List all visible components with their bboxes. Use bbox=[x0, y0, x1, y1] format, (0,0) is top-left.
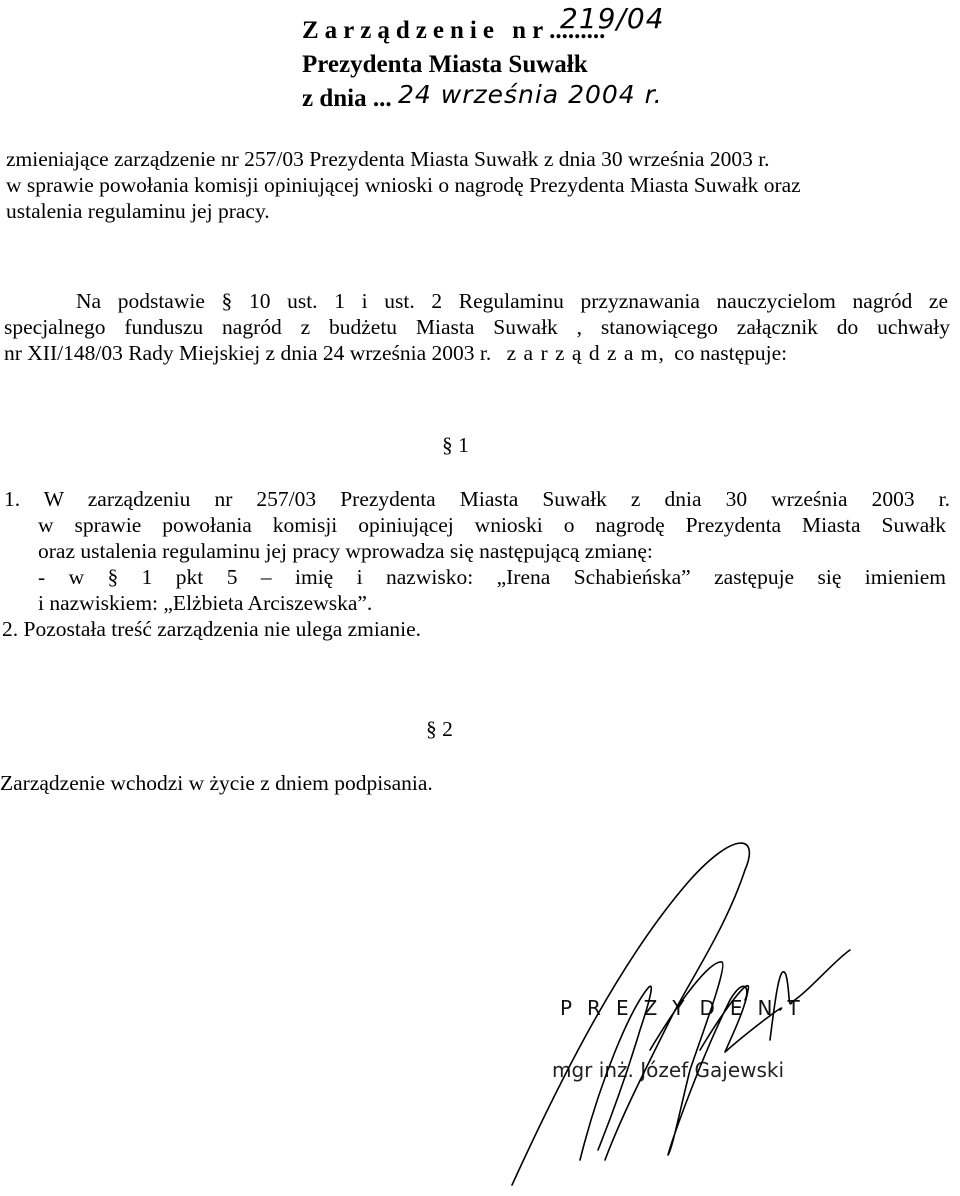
handwritten-signature bbox=[0, 0, 960, 1196]
